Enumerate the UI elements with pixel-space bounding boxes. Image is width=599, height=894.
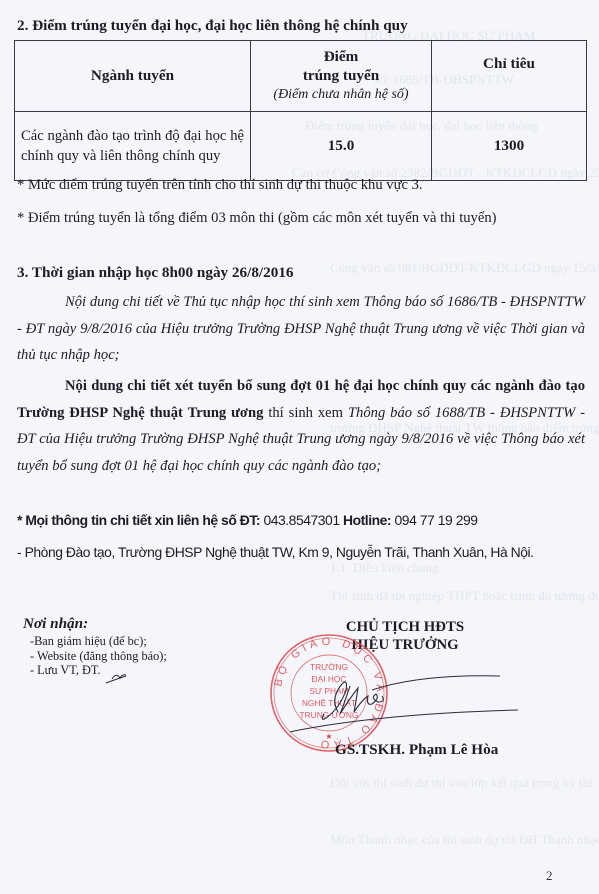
header-major-label: Ngành tuyển	[91, 67, 174, 84]
cell-quota: 1300	[432, 112, 587, 181]
bleed-through-text: Đối với thí sinh dự thi vào lớp kết quả …	[330, 775, 599, 791]
recipients-title: Nơi nhận:	[23, 615, 88, 633]
header-score: Điểm trúng tuyển (Điểm chưa nhân hệ số)	[251, 41, 432, 112]
supplementary-admission-normal: thí sinh xem	[263, 405, 348, 421]
paragraph-supplementary-admission: Nội dung chi tiết xét tuyển bổ sung đợt …	[17, 373, 585, 479]
hotline-number[interactable]: 094 77 19 299	[391, 512, 477, 528]
cell-quota-value: 1300	[494, 137, 524, 154]
cell-score-value: 15.0	[328, 137, 355, 154]
header-major: Ngành tuyển	[15, 41, 251, 112]
contact-phone[interactable]: 043.8547301	[260, 512, 343, 528]
note-total-score: * Điểm trúng tuyển là tổng điểm 03 môn t…	[17, 204, 585, 232]
section-heading: 3. Thời gian nhập học 8h00 ngày 26/8/201…	[17, 264, 294, 282]
recipient-item: - Website (đăng thông báo);	[30, 649, 167, 664]
table-header-row: Ngành tuyển Điểm trúng tuyển (Điểm chưa …	[15, 41, 587, 112]
header-score-line2: trúng tuyển	[251, 66, 431, 86]
recipients-list: -Ban giám hiệu (để bc); - Website (đăng …	[30, 634, 167, 678]
header-score-line1: Điểm	[251, 48, 431, 66]
handwritten-signature-icon	[290, 668, 520, 738]
contact-label: * Mọi thông tin chi tiết xin liên hệ số …	[17, 512, 260, 528]
cell-score: 15.0	[251, 112, 432, 181]
bleed-through-text: Công văn số 981/BGDĐT-KTKĐCLGD ngày 15/3…	[330, 260, 599, 276]
contact-line: * Mọi thông tin chi tiết xin liên hệ số …	[17, 512, 587, 528]
page-number: 2	[546, 868, 553, 884]
recipient-item: -Ban giám hiệu (để bc);	[30, 634, 167, 649]
recipient-item: - Lưu VT, ĐT.	[30, 663, 167, 678]
header-quota: Chỉ tiêu	[432, 41, 587, 112]
contact-address: - Phòng Đào tạo, Trường ĐHSP Nghệ thuật …	[17, 538, 577, 566]
note-area-3: * Mức điểm trúng tuyển trên tính cho thí…	[17, 172, 587, 198]
bleed-through-text: Thí sinh đã tốt nghiệp THPT hoặc trình đ…	[330, 588, 599, 604]
bleed-through-text: Môn Thanh nhạc của thí sinh dự thi ĐH Th…	[330, 832, 599, 848]
cell-major: Các ngành đào tạo trình độ đại học hệ ch…	[15, 112, 251, 181]
paragraph-enrollment-procedure: Nội dung chi tiết về Thủ tục nhập học th…	[17, 289, 585, 369]
header-quota-label: Chỉ tiêu	[483, 55, 535, 72]
signer-name: GS.TSKH. Phạm Lê Hòa	[335, 741, 498, 759]
header-score-note: (Điểm chưa nhân hệ số)	[251, 86, 431, 104]
admission-score-table: Ngành tuyển Điểm trúng tuyển (Điểm chưa …	[14, 40, 587, 181]
initials-scribble-icon	[104, 670, 130, 686]
table-row: Các ngành đào tạo trình độ đại học hệ ch…	[15, 112, 587, 181]
cell-major-text: Các ngành đào tạo trình độ đại học hệ ch…	[15, 124, 250, 168]
section-heading: 2. Điểm trúng tuyển đại học, đại học liê…	[17, 17, 408, 35]
document-page: TRƯỜNG ĐẠI HỌC SƯ PHẠM Số: 1685/TB-ĐHSPN…	[0, 0, 599, 894]
hotline-label: Hotline:	[343, 512, 391, 528]
